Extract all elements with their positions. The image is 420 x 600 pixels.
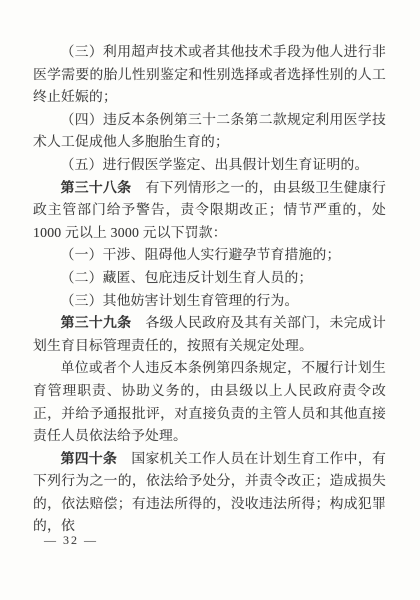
paragraph-text: （二）藏匿、包庇违反计划生育人员的； [61,270,313,285]
article-number: 第三十九条 [61,315,132,330]
paragraph: 第四十条 国家机关工作人员在计划生育工作中，有下列行为之一的，依法给予处分，并责… [33,448,386,538]
paragraph: （一）干涉、阻碍他人实行避孕节育措施的； [33,244,386,267]
paragraph-text: （三）利用超声技术或者其他技术手段为他人进行非医学需要的胎儿性别鉴定和性别选择或… [33,44,386,104]
paragraph: （四）违反本条例第三十二条第二款规定利用医学技术人工促成他人多胞胎生育的； [33,109,386,154]
paragraph-text: 单位或者个人违反本条例第四条规定，不履行计划生育管理职责、协助义务的，由县级以上… [33,360,386,443]
paragraph: 第三十九条 各级人民政府及其有关部门，未完成计划生育目标管理责任的，按照有关规定… [33,312,386,357]
paragraph: （五）进行假医学鉴定、出具假计划生育证明的。 [33,154,386,177]
document-page: （三）利用超声技术或者其他技术手段为他人进行非医学需要的胎儿性别鉴定和性别选择或… [0,0,420,600]
text-block: （三）利用超声技术或者其他技术手段为他人进行非医学需要的胎儿性别鉴定和性别选择或… [33,41,386,538]
paragraph: 单位或者个人违反本条例第四条规定，不履行计划生育管理职责、协助义务的，由县级以上… [33,357,386,447]
paragraph: （三）其他妨害计划生育管理的行为。 [33,290,386,313]
paragraph: （三）利用超声技术或者其他技术手段为他人进行非医学需要的胎儿性别鉴定和性别选择或… [33,41,386,109]
paragraph-text: （四）违反本条例第三十二条第二款规定利用医学技术人工促成他人多胞胎生育的； [33,112,386,150]
paragraph: 第三十八条 有下列情形之一的，由县级卫生健康行政主管部门给予警告，责令限期改正；… [33,177,386,245]
paragraph-text: （三）其他妨害计划生育管理的行为。 [61,293,299,308]
page-number: — 32 — [44,533,98,548]
paragraph-text: （五）进行假医学鉴定、出具假计划生育证明的。 [61,157,369,172]
article-number: 第四十条 [61,451,118,466]
paragraph-text: （一）干涉、阻碍他人实行避孕节育措施的； [61,247,341,262]
paragraph: （二）藏匿、包庇违反计划生育人员的； [33,267,386,290]
article-number: 第三十八条 [61,180,132,195]
